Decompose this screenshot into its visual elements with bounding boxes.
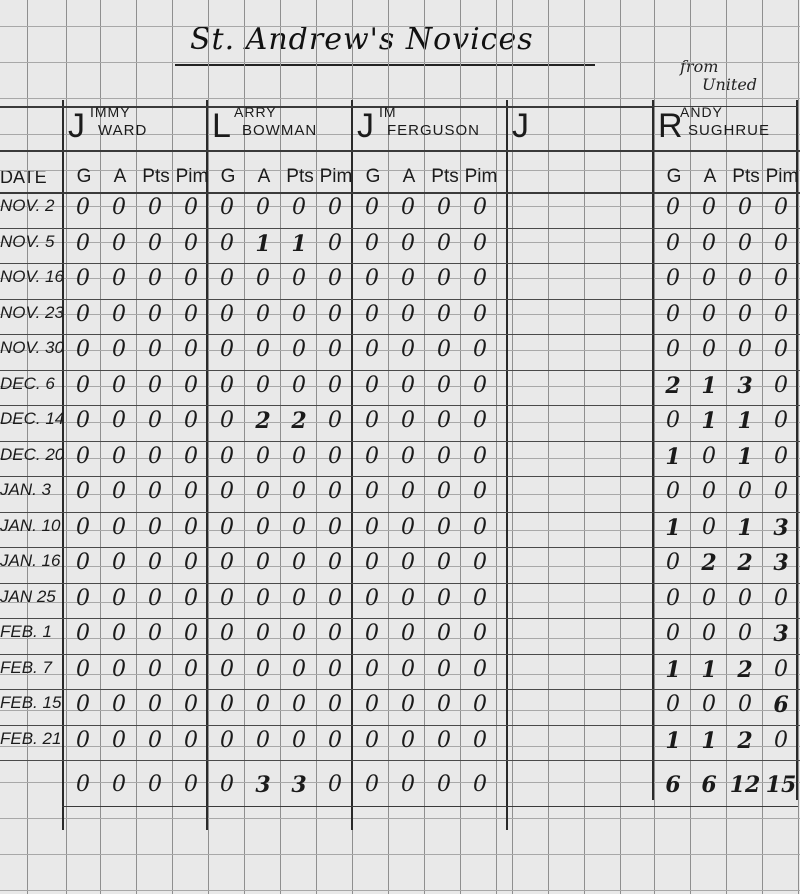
stat-value: 1 xyxy=(692,408,726,434)
stat-value: 0 xyxy=(210,231,244,256)
row-rule xyxy=(0,725,800,726)
stat-value: 0 xyxy=(282,515,316,540)
stat-value: 0 xyxy=(692,515,726,540)
stat-value: 0 xyxy=(174,266,208,291)
stat-value: 0 xyxy=(728,692,762,717)
stat-value: 0 xyxy=(210,337,244,362)
player-first-name: IM xyxy=(379,104,397,120)
name-rule xyxy=(0,150,800,152)
stat-value: 0 xyxy=(391,231,425,256)
stat-header: Pts xyxy=(282,162,318,192)
stat-value: 0 xyxy=(138,586,172,611)
stat-value: 0 xyxy=(102,657,136,682)
total-value: 0 xyxy=(463,772,497,797)
stat-header: Pts xyxy=(138,162,174,192)
stat-value: 0 xyxy=(391,302,425,327)
date-cell: DEC. 6 xyxy=(0,374,66,394)
grid-line-horizontal xyxy=(0,26,800,27)
stat-value: 0 xyxy=(463,373,497,398)
stat-value: 0 xyxy=(210,302,244,327)
stat-value: 0 xyxy=(391,657,425,682)
stat-value: 0 xyxy=(656,337,690,362)
player-initial: L xyxy=(212,108,231,144)
stat-value: 0 xyxy=(427,195,461,220)
stat-value: 0 xyxy=(282,621,316,646)
stat-value: 0 xyxy=(282,479,316,504)
player-initial: J xyxy=(68,108,85,144)
row-rule xyxy=(0,263,800,264)
total-value: 3 xyxy=(282,772,316,798)
stat-value: 0 xyxy=(427,621,461,646)
stat-value: 0 xyxy=(764,195,798,220)
stat-value: 0 xyxy=(728,302,762,327)
stat-value: 0 xyxy=(66,266,100,291)
total-value: 0 xyxy=(174,772,208,797)
stat-value: 0 xyxy=(174,337,208,362)
stat-value: 0 xyxy=(102,692,136,717)
player-first-name: ARRY xyxy=(234,104,277,120)
total-value: 6 xyxy=(692,772,726,798)
total-value: 12 xyxy=(728,772,762,798)
stat-value: 0 xyxy=(728,621,762,646)
stat-value: 0 xyxy=(210,586,244,611)
total-value: 0 xyxy=(391,772,425,797)
stat-value: 0 xyxy=(138,657,172,682)
stat-value: 0 xyxy=(355,195,389,220)
stat-value: 0 xyxy=(66,195,100,220)
stat-value: 0 xyxy=(282,444,316,469)
stat-value: 0 xyxy=(210,550,244,575)
stat-value: 0 xyxy=(66,657,100,682)
stat-value: 0 xyxy=(391,728,425,753)
stat-header-rule xyxy=(0,192,800,194)
stat-value: 0 xyxy=(174,479,208,504)
stat-value: 0 xyxy=(66,408,100,433)
stat-value: 0 xyxy=(66,231,100,256)
stat-value: 0 xyxy=(282,550,316,575)
grid-line-horizontal xyxy=(0,890,800,891)
row-rule xyxy=(0,405,800,406)
stat-value: 0 xyxy=(210,444,244,469)
stat-value: 3 xyxy=(764,550,798,576)
stat-value: 0 xyxy=(138,692,172,717)
stat-value: 2 xyxy=(728,728,762,754)
stat-value: 0 xyxy=(210,373,244,398)
stat-value: 0 xyxy=(463,692,497,717)
stat-value: 0 xyxy=(246,621,280,646)
stat-header: Pts xyxy=(728,162,764,192)
stat-value: 0 xyxy=(174,586,208,611)
stat-value: 0 xyxy=(66,515,100,540)
stat-value: 0 xyxy=(318,515,352,540)
stat-value: 0 xyxy=(728,231,762,256)
stat-value: 0 xyxy=(391,444,425,469)
stat-value: 0 xyxy=(318,444,352,469)
transfer-note: from United xyxy=(680,58,790,94)
stat-header: A xyxy=(391,162,427,192)
stat-value: 0 xyxy=(246,586,280,611)
stat-value: 0 xyxy=(656,586,690,611)
stat-value: 0 xyxy=(66,550,100,575)
stat-value: 0 xyxy=(246,444,280,469)
stat-value: 0 xyxy=(656,408,690,433)
stat-value: 0 xyxy=(102,373,136,398)
stat-header: Pim xyxy=(318,162,354,192)
stat-value: 0 xyxy=(318,657,352,682)
date-cell: NOV. 30 xyxy=(0,338,66,358)
player-first-name: IMMY xyxy=(90,104,131,120)
stat-value: 0 xyxy=(66,444,100,469)
stat-value: 0 xyxy=(102,550,136,575)
stat-header: Pts xyxy=(427,162,463,192)
stat-value: 1 xyxy=(656,515,690,541)
stat-value: 3 xyxy=(764,621,798,647)
stat-value: 0 xyxy=(391,621,425,646)
stat-value: 2 xyxy=(728,657,762,683)
player-last-name: WARD xyxy=(98,122,147,139)
stat-value: 0 xyxy=(66,337,100,362)
stat-value: 3 xyxy=(728,373,762,399)
stat-value: 0 xyxy=(102,266,136,291)
date-cell: FEB. 15 xyxy=(0,693,66,713)
stat-value: 0 xyxy=(318,479,352,504)
stat-value: 0 xyxy=(692,586,726,611)
stat-value: 0 xyxy=(656,195,690,220)
stat-value: 0 xyxy=(355,692,389,717)
stat-value: 0 xyxy=(174,621,208,646)
stat-value: 0 xyxy=(391,195,425,220)
date-cell: NOV. 16 xyxy=(0,267,66,287)
stat-value: 0 xyxy=(138,195,172,220)
stat-value: 0 xyxy=(138,231,172,256)
date-cell: JAN. 3 xyxy=(0,480,66,500)
stat-value: 0 xyxy=(174,692,208,717)
stat-value: 0 xyxy=(174,231,208,256)
stat-value: 2 xyxy=(246,408,280,434)
stat-value: 0 xyxy=(246,302,280,327)
stat-value: 0 xyxy=(692,479,726,504)
stat-value: 0 xyxy=(66,728,100,753)
stat-value: 0 xyxy=(463,586,497,611)
stat-value: 0 xyxy=(391,550,425,575)
stat-value: 0 xyxy=(692,231,726,256)
stat-value: 0 xyxy=(174,550,208,575)
stat-value: 0 xyxy=(318,550,352,575)
stat-value: 0 xyxy=(282,302,316,327)
stat-value: 0 xyxy=(463,621,497,646)
stat-value: 0 xyxy=(355,231,389,256)
stat-header: A xyxy=(102,162,138,192)
stat-value: 1 xyxy=(282,231,316,257)
stat-value: 0 xyxy=(355,550,389,575)
stat-header: G xyxy=(355,162,391,192)
stat-value: 0 xyxy=(764,231,798,256)
stat-value: 0 xyxy=(427,479,461,504)
stat-value: 0 xyxy=(427,408,461,433)
stat-value: 0 xyxy=(656,302,690,327)
stat-value: 1 xyxy=(728,408,762,434)
note-line-1: from xyxy=(680,58,790,76)
row-rule xyxy=(0,583,800,584)
stat-value: 0 xyxy=(246,692,280,717)
sheet-title: St. Andrew's Novices xyxy=(190,22,534,57)
stat-value: 0 xyxy=(246,550,280,575)
stat-value: 0 xyxy=(102,515,136,540)
stat-value: 0 xyxy=(463,266,497,291)
stat-value: 0 xyxy=(102,444,136,469)
stat-value: 0 xyxy=(355,515,389,540)
player-initial: J xyxy=(357,108,374,144)
stat-value: 0 xyxy=(318,621,352,646)
stat-value: 0 xyxy=(764,373,798,398)
player-last-name: SUGHRUE xyxy=(688,122,770,139)
stat-value: 0 xyxy=(463,479,497,504)
stat-header: Pim xyxy=(764,162,800,192)
stat-value: 0 xyxy=(102,728,136,753)
stat-value: 0 xyxy=(138,621,172,646)
stat-value: 1 xyxy=(692,657,726,683)
stat-value: 0 xyxy=(282,373,316,398)
stat-value: 0 xyxy=(174,657,208,682)
stat-header: Pim xyxy=(463,162,499,192)
total-value: 0 xyxy=(355,772,389,797)
stat-value: 2 xyxy=(656,373,690,399)
stat-value: 0 xyxy=(138,266,172,291)
stat-value: 0 xyxy=(656,479,690,504)
stat-value: 0 xyxy=(764,657,798,682)
stat-value: 0 xyxy=(66,586,100,611)
stat-value: 0 xyxy=(66,692,100,717)
stat-value: 0 xyxy=(728,195,762,220)
stat-value: 1 xyxy=(692,728,726,754)
stat-header: G xyxy=(210,162,246,192)
stat-value: 0 xyxy=(764,302,798,327)
stat-value: 0 xyxy=(656,550,690,575)
stat-value: 0 xyxy=(138,373,172,398)
stat-value: 0 xyxy=(427,692,461,717)
stat-value: 0 xyxy=(463,195,497,220)
stat-value: 0 xyxy=(210,728,244,753)
stat-value: 0 xyxy=(210,515,244,540)
stat-value: 0 xyxy=(355,479,389,504)
grid-line-horizontal xyxy=(0,854,800,855)
stat-value: 3 xyxy=(764,515,798,541)
stat-value: 0 xyxy=(656,692,690,717)
date-cell: JAN 25 xyxy=(0,587,66,607)
row-rule xyxy=(0,760,800,761)
total-value: 0 xyxy=(66,772,100,797)
stat-value: 0 xyxy=(391,408,425,433)
stat-value: 0 xyxy=(138,728,172,753)
stat-header: G xyxy=(656,162,692,192)
date-cell: JAN. 16 xyxy=(0,551,66,571)
stat-value: 0 xyxy=(282,657,316,682)
stat-value: 0 xyxy=(391,479,425,504)
stat-value: 0 xyxy=(318,373,352,398)
stat-value: 0 xyxy=(318,586,352,611)
stat-value: 0 xyxy=(66,621,100,646)
stat-value: 0 xyxy=(102,337,136,362)
stat-value: 0 xyxy=(463,657,497,682)
stat-value: 0 xyxy=(355,586,389,611)
player-last-name: BOWMAN xyxy=(242,122,317,139)
row-rule xyxy=(0,299,800,300)
stat-value: 0 xyxy=(427,302,461,327)
stat-value: 0 xyxy=(728,479,762,504)
stat-value: 0 xyxy=(318,231,352,256)
stat-value: 0 xyxy=(210,479,244,504)
player-last-name: FERGUSON xyxy=(387,122,480,139)
total-value: 3 xyxy=(246,772,280,798)
stat-header: A xyxy=(692,162,728,192)
stat-value: 1 xyxy=(656,728,690,754)
grid-line-horizontal xyxy=(0,98,800,99)
stat-value: 0 xyxy=(728,337,762,362)
stat-value: 0 xyxy=(318,302,352,327)
stat-value: 0 xyxy=(692,195,726,220)
stat-value: 0 xyxy=(391,586,425,611)
stat-value: 0 xyxy=(463,515,497,540)
stat-value: 0 xyxy=(210,657,244,682)
stat-value: 0 xyxy=(66,373,100,398)
stat-value: 0 xyxy=(692,302,726,327)
stat-value: 0 xyxy=(138,479,172,504)
stat-value: 0 xyxy=(318,266,352,291)
stat-value: 0 xyxy=(391,515,425,540)
stat-value: 0 xyxy=(391,266,425,291)
stat-value: 0 xyxy=(174,302,208,327)
stat-value: 0 xyxy=(427,550,461,575)
stat-value: 0 xyxy=(355,408,389,433)
stat-value: 0 xyxy=(174,515,208,540)
stat-value: 0 xyxy=(391,373,425,398)
stat-value: 0 xyxy=(318,408,352,433)
totals-rule xyxy=(62,806,798,807)
stat-value: 0 xyxy=(355,621,389,646)
stat-value: 0 xyxy=(246,373,280,398)
stat-value: 0 xyxy=(355,728,389,753)
note-line-2: United xyxy=(680,76,790,94)
stat-value: 0 xyxy=(656,621,690,646)
stat-header: G xyxy=(66,162,102,192)
date-cell: FEB. 1 xyxy=(0,622,66,642)
player-initial: J xyxy=(512,108,529,144)
date-cell: DEC. 14 xyxy=(0,409,66,429)
stat-value: 0 xyxy=(174,195,208,220)
stat-value: 0 xyxy=(246,657,280,682)
stat-value: 0 xyxy=(427,337,461,362)
title-underline xyxy=(175,64,595,66)
stat-value: 0 xyxy=(463,444,497,469)
stat-value: 1 xyxy=(246,231,280,257)
stat-value: 0 xyxy=(764,444,798,469)
stat-value: 0 xyxy=(282,586,316,611)
stat-value: 0 xyxy=(391,692,425,717)
stat-value: 0 xyxy=(692,266,726,291)
stat-value: 0 xyxy=(138,550,172,575)
date-cell: NOV. 2 xyxy=(0,196,66,216)
date-cell: JAN. 10 xyxy=(0,516,66,536)
stat-value: 0 xyxy=(282,266,316,291)
stat-value: 2 xyxy=(282,408,316,434)
total-value: 0 xyxy=(318,772,352,797)
stat-value: 1 xyxy=(728,515,762,541)
total-value: 0 xyxy=(138,772,172,797)
stat-value: 0 xyxy=(427,266,461,291)
stat-value: 0 xyxy=(246,479,280,504)
stat-value: 0 xyxy=(102,302,136,327)
stat-value: 0 xyxy=(246,728,280,753)
row-rule xyxy=(0,441,800,442)
date-cell: NOV. 23 xyxy=(0,303,66,323)
stat-value: 0 xyxy=(66,479,100,504)
total-value: 6 xyxy=(656,772,690,798)
stat-value: 0 xyxy=(246,515,280,540)
column-divider xyxy=(652,100,654,800)
row-rule xyxy=(0,547,800,548)
stat-value: 0 xyxy=(174,728,208,753)
stat-value: 0 xyxy=(138,515,172,540)
stat-value: 0 xyxy=(463,728,497,753)
stat-value: 0 xyxy=(318,692,352,717)
row-rule xyxy=(0,370,800,371)
stat-header: Pim xyxy=(174,162,210,192)
stat-value: 0 xyxy=(764,728,798,753)
stat-value: 0 xyxy=(692,692,726,717)
stat-value: 0 xyxy=(246,266,280,291)
stat-value: 0 xyxy=(355,444,389,469)
column-divider xyxy=(506,100,508,830)
stat-value: 0 xyxy=(210,621,244,646)
stat-value: 0 xyxy=(692,444,726,469)
stat-value: 0 xyxy=(102,408,136,433)
grid-line-horizontal xyxy=(0,818,800,819)
total-value: 0 xyxy=(427,772,461,797)
stat-value: 0 xyxy=(692,621,726,646)
row-rule xyxy=(0,689,800,690)
stat-value: 0 xyxy=(282,337,316,362)
date-cell: NOV. 5 xyxy=(0,232,66,252)
stat-value: 0 xyxy=(210,692,244,717)
row-rule xyxy=(0,476,800,477)
stat-value: 0 xyxy=(102,231,136,256)
date-cell: DEC. 20 xyxy=(0,445,66,465)
stat-header: A xyxy=(246,162,282,192)
date-header: DATE xyxy=(0,162,47,192)
stat-value: 0 xyxy=(282,195,316,220)
date-cell: FEB. 7 xyxy=(0,658,66,678)
stat-value: 1 xyxy=(728,444,762,470)
stat-value: 1 xyxy=(656,657,690,683)
stat-value: 0 xyxy=(174,444,208,469)
stat-value: 0 xyxy=(656,231,690,256)
stat-value: 1 xyxy=(656,444,690,470)
stat-value: 0 xyxy=(355,337,389,362)
stat-value: 0 xyxy=(355,657,389,682)
stat-value: 0 xyxy=(355,302,389,327)
stat-value: 0 xyxy=(463,302,497,327)
stat-value: 2 xyxy=(692,550,726,576)
stat-value: 0 xyxy=(355,373,389,398)
stat-value: 0 xyxy=(102,195,136,220)
stat-value: 0 xyxy=(282,692,316,717)
stat-value: 0 xyxy=(174,408,208,433)
stat-value: 0 xyxy=(427,515,461,540)
stat-value: 0 xyxy=(427,444,461,469)
stat-value: 0 xyxy=(246,337,280,362)
total-value: 15 xyxy=(764,772,798,798)
stat-value: 0 xyxy=(210,195,244,220)
